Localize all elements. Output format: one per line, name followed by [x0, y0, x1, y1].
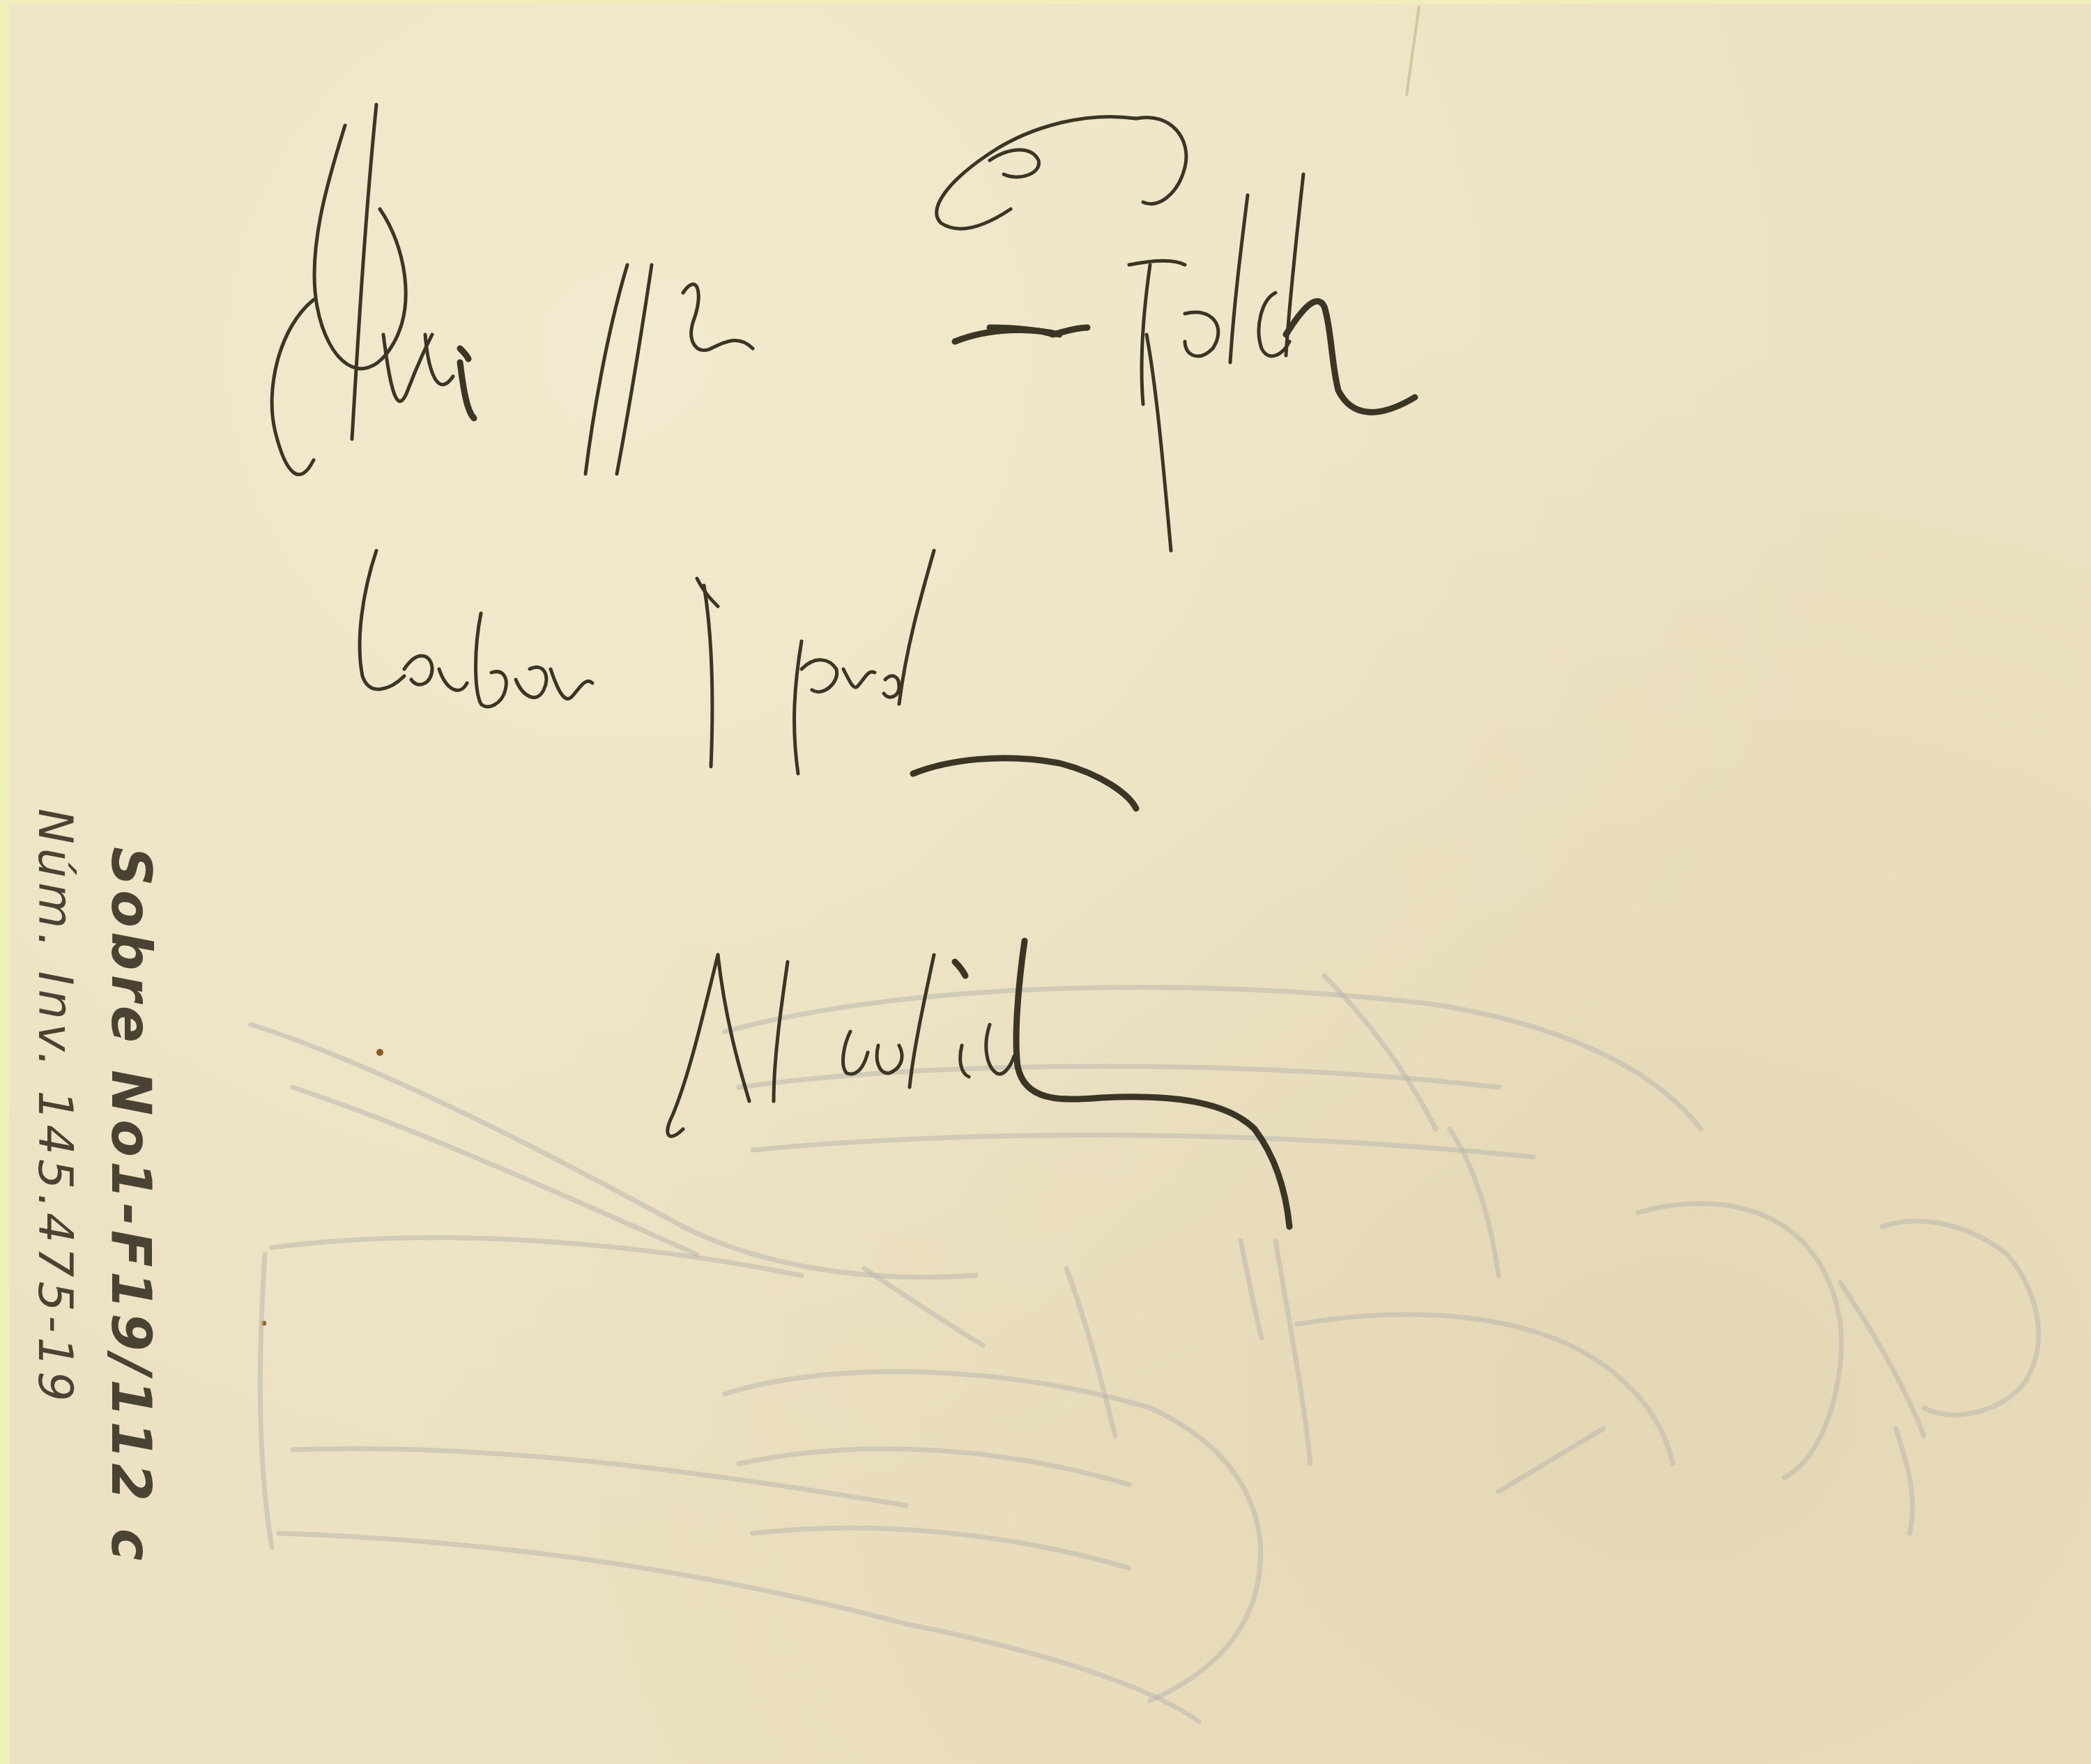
- inventory-number: Núm. Inv. 145.475-19: [27, 808, 82, 1406]
- handwritten-inscription: [0, 0, 2091, 1764]
- archive-envelope-reference: Sobre No1-F19/112 c: [99, 847, 162, 1565]
- paper-sheet: Sobre No1-F19/112 c Núm. Inv. 145.475-19…: [0, 0, 2091, 1764]
